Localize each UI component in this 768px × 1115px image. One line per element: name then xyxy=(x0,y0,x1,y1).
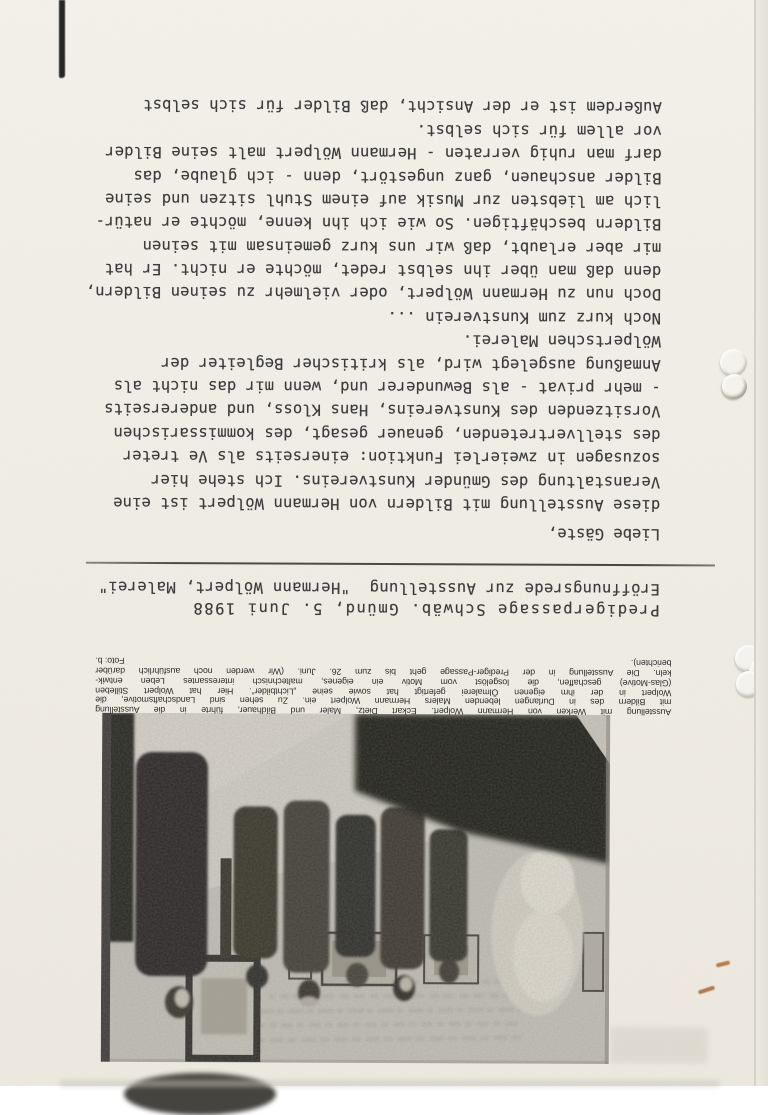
speech-line: sozusagen in zweierlei Funktion: einerse… xyxy=(85,442,660,468)
clipping-photo xyxy=(101,713,611,1064)
halftone-grain xyxy=(101,713,611,1064)
caption-line: berichten). xyxy=(631,658,672,668)
speech-line: lich am liebsten zur Musik auf einem Stu… xyxy=(86,184,661,210)
speech-line: Doch nun zu Hermann Wölpert, oder vielme… xyxy=(86,278,661,304)
photocopy-smudge xyxy=(610,1027,708,1063)
speech-line: des stellvertretenden, genauer gesagt, d… xyxy=(85,418,660,444)
speech-line: denn daß man über ihn selbst redet, möch… xyxy=(86,254,661,280)
page-edge-shadow xyxy=(756,0,768,1086)
speech-line: mir aber erlaubt, daß wir uns kurz gemei… xyxy=(86,231,661,257)
punch-hole-mark xyxy=(720,349,747,376)
caption-line: keln. Die Ausstellung in der Prediger-Pa… xyxy=(95,665,671,677)
speech-line: vor allem für sich selbst. xyxy=(86,114,661,140)
speech-line: diese Ausstellung mit Bildern von Herman… xyxy=(85,488,660,514)
heading-title-line: Eröffnungsrede zur Ausstellung "Hermann … xyxy=(98,579,660,597)
scanned-page: Ausstellung mit Werken von Hermann Wolpe… xyxy=(0,0,768,1086)
speech-line: Vorsitzenden des Kunstvereins, Hans Klos… xyxy=(85,395,660,421)
speech-line: - mehr privat - als Bewunderer und, wenn… xyxy=(85,371,660,397)
speech-line: Bilder anschauen, ganz ungestört, denn -… xyxy=(86,161,661,187)
clipping-caption: Ausstellung mit Werken von Hermann Wolpe… xyxy=(95,656,671,717)
document-content-rotated-180: Ausstellung mit Werken von Hermann Wolpe… xyxy=(0,0,768,1086)
speech-line: darf man ruhig verraten - Hermann Wölper… xyxy=(86,137,661,163)
salutation: Liebe Gäste, xyxy=(548,526,660,542)
exhibition-photo xyxy=(101,713,611,1064)
scan-bottom-band xyxy=(60,1080,720,1086)
speech-line: Außerdem ist er der Ansicht, daß Bilder … xyxy=(87,91,662,117)
divider-rule xyxy=(86,562,715,567)
photo-credit: Foto: b. xyxy=(95,656,124,666)
speech-line: Wölpertschen Malerei. xyxy=(86,325,661,351)
scan-streak xyxy=(59,0,65,78)
speech-line: Bildern beschäftigen. So wie ich ihn ken… xyxy=(86,208,661,234)
speech-line: Anmaßung ausgelegt wird, als kritischer … xyxy=(85,348,660,374)
speech-line: Noch kurz zum Kunstverein ... xyxy=(86,301,661,327)
punch-hole-mark xyxy=(722,374,747,399)
speech-line: Veranstaltung des Gmünder Kunstvereins. … xyxy=(85,465,660,491)
heading-date-line: Predigerpassage Schwäb. Gmünd, 5. Juni 1… xyxy=(192,600,660,618)
speech-body: diese Ausstellung mit Bildern von Herman… xyxy=(85,91,662,515)
